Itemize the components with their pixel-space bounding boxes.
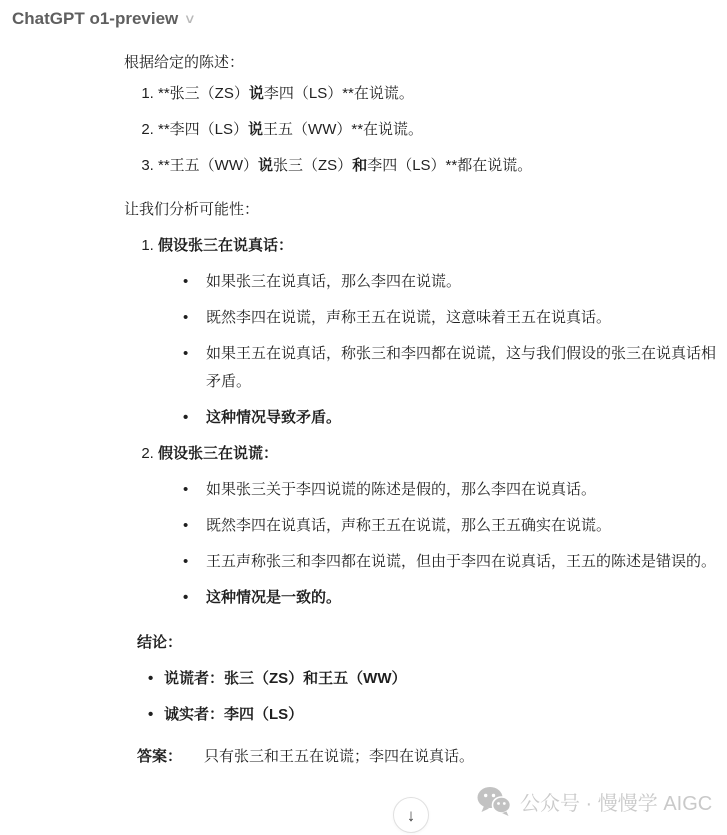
case-item: 假设张三在说谎： 如果张三关于李四说谎的陈述是假的，那么李四在说真话。 既然李四… [158, 440, 717, 612]
bullet-item: 王五声称张三和李四都在说谎，但由于李四在说真话，王五的陈述是错误的。 [206, 548, 717, 576]
bullet-item: 既然李四在说谎，声称王五在说谎，这意味着王五在说真话。 [206, 304, 717, 332]
case-title: 假设张三在说谎： [158, 445, 278, 462]
bullet-item-emphasis: 这种情况是一致的。 [206, 584, 717, 612]
scroll-to-bottom-button[interactable]: ↓ [393, 797, 429, 833]
assistant-message: 根据给定的陈述： **张三（ZS）说李四（LS）**在说谎。 **李四（LS）说… [0, 30, 727, 771]
case-bullets: 如果张三关于李四说谎的陈述是假的，那么李四在说真话。 既然李四在说真话，声称王五… [158, 476, 717, 612]
analysis-intro: 让我们分析可能性： [124, 196, 717, 224]
statements-list: **张三（ZS）说李四（LS）**在说谎。 **李四（LS）说王五（WW）**在… [124, 80, 717, 180]
model-selector[interactable]: ChatGPT o1-preview ∨ [0, 0, 727, 30]
statement-item: **王五（WW）说张三（ZS）和李四（LS）**都在说谎。 [158, 152, 717, 180]
case-item: 假设张三在说真话： 如果张三在说真话，那么李四在说谎。 既然李四在说谎，声称王五… [158, 232, 717, 432]
bullet-item: 如果张三关于李四说谎的陈述是假的，那么李四在说真话。 [206, 476, 717, 504]
bullet-item-emphasis: 这种情况导致矛盾。 [206, 404, 717, 432]
intro-text: 根据给定的陈述： [124, 54, 244, 71]
answer-text: 只有张三和王五在说谎；李四在说真话。 [204, 748, 474, 765]
watermark-text: 公众号 · 慢慢学 AIGC [520, 787, 712, 816]
wechat-icon [477, 786, 511, 816]
bullet-item: 既然李四在说真话，声称王五在说谎，那么王五确实在说谎。 [206, 512, 717, 540]
answer-line: 答案：只有张三和王五在说谎；李四在说真话。 [137, 743, 717, 771]
case-title: 假设张三在说真话： [158, 237, 293, 254]
intro-paragraph: 根据给定的陈述： [124, 49, 717, 77]
statement-item: **李四（LS）说王五（WW）**在说谎。 [158, 116, 717, 144]
arrow-down-icon: ↓ [407, 807, 416, 824]
conclusion-item: 说谎者：张三（ZS）和王五（WW） [164, 665, 717, 693]
bullet-item: 如果王五在说真话，称张三和李四都在说谎，这与我们假设的张三在说真话相矛盾。 [206, 340, 717, 396]
conclusion-title: 结论： [137, 629, 717, 657]
cases-list: 假设张三在说真话： 如果张三在说真话，那么李四在说谎。 既然李四在说谎，声称王五… [124, 232, 717, 612]
conclusion-item: 诚实者：李四（LS） [164, 701, 717, 729]
answer-label: 答案： [137, 748, 182, 765]
bullet-item: 如果张三在说真话，那么李四在说谎。 [206, 268, 717, 296]
chevron-down-icon: ∨ [184, 11, 196, 27]
watermark: 公众号 · 慢慢学 AIGC [477, 786, 712, 816]
model-label: ChatGPT o1-preview [12, 8, 178, 30]
conclusion-list: 说谎者：张三（ZS）和王五（WW） 诚实者：李四（LS） [137, 665, 717, 729]
case-bullets: 如果张三在说真话，那么李四在说谎。 既然李四在说谎，声称王五在说谎，这意味着王五… [158, 268, 717, 432]
statement-item: **张三（ZS）说李四（LS）**在说谎。 [158, 80, 717, 108]
